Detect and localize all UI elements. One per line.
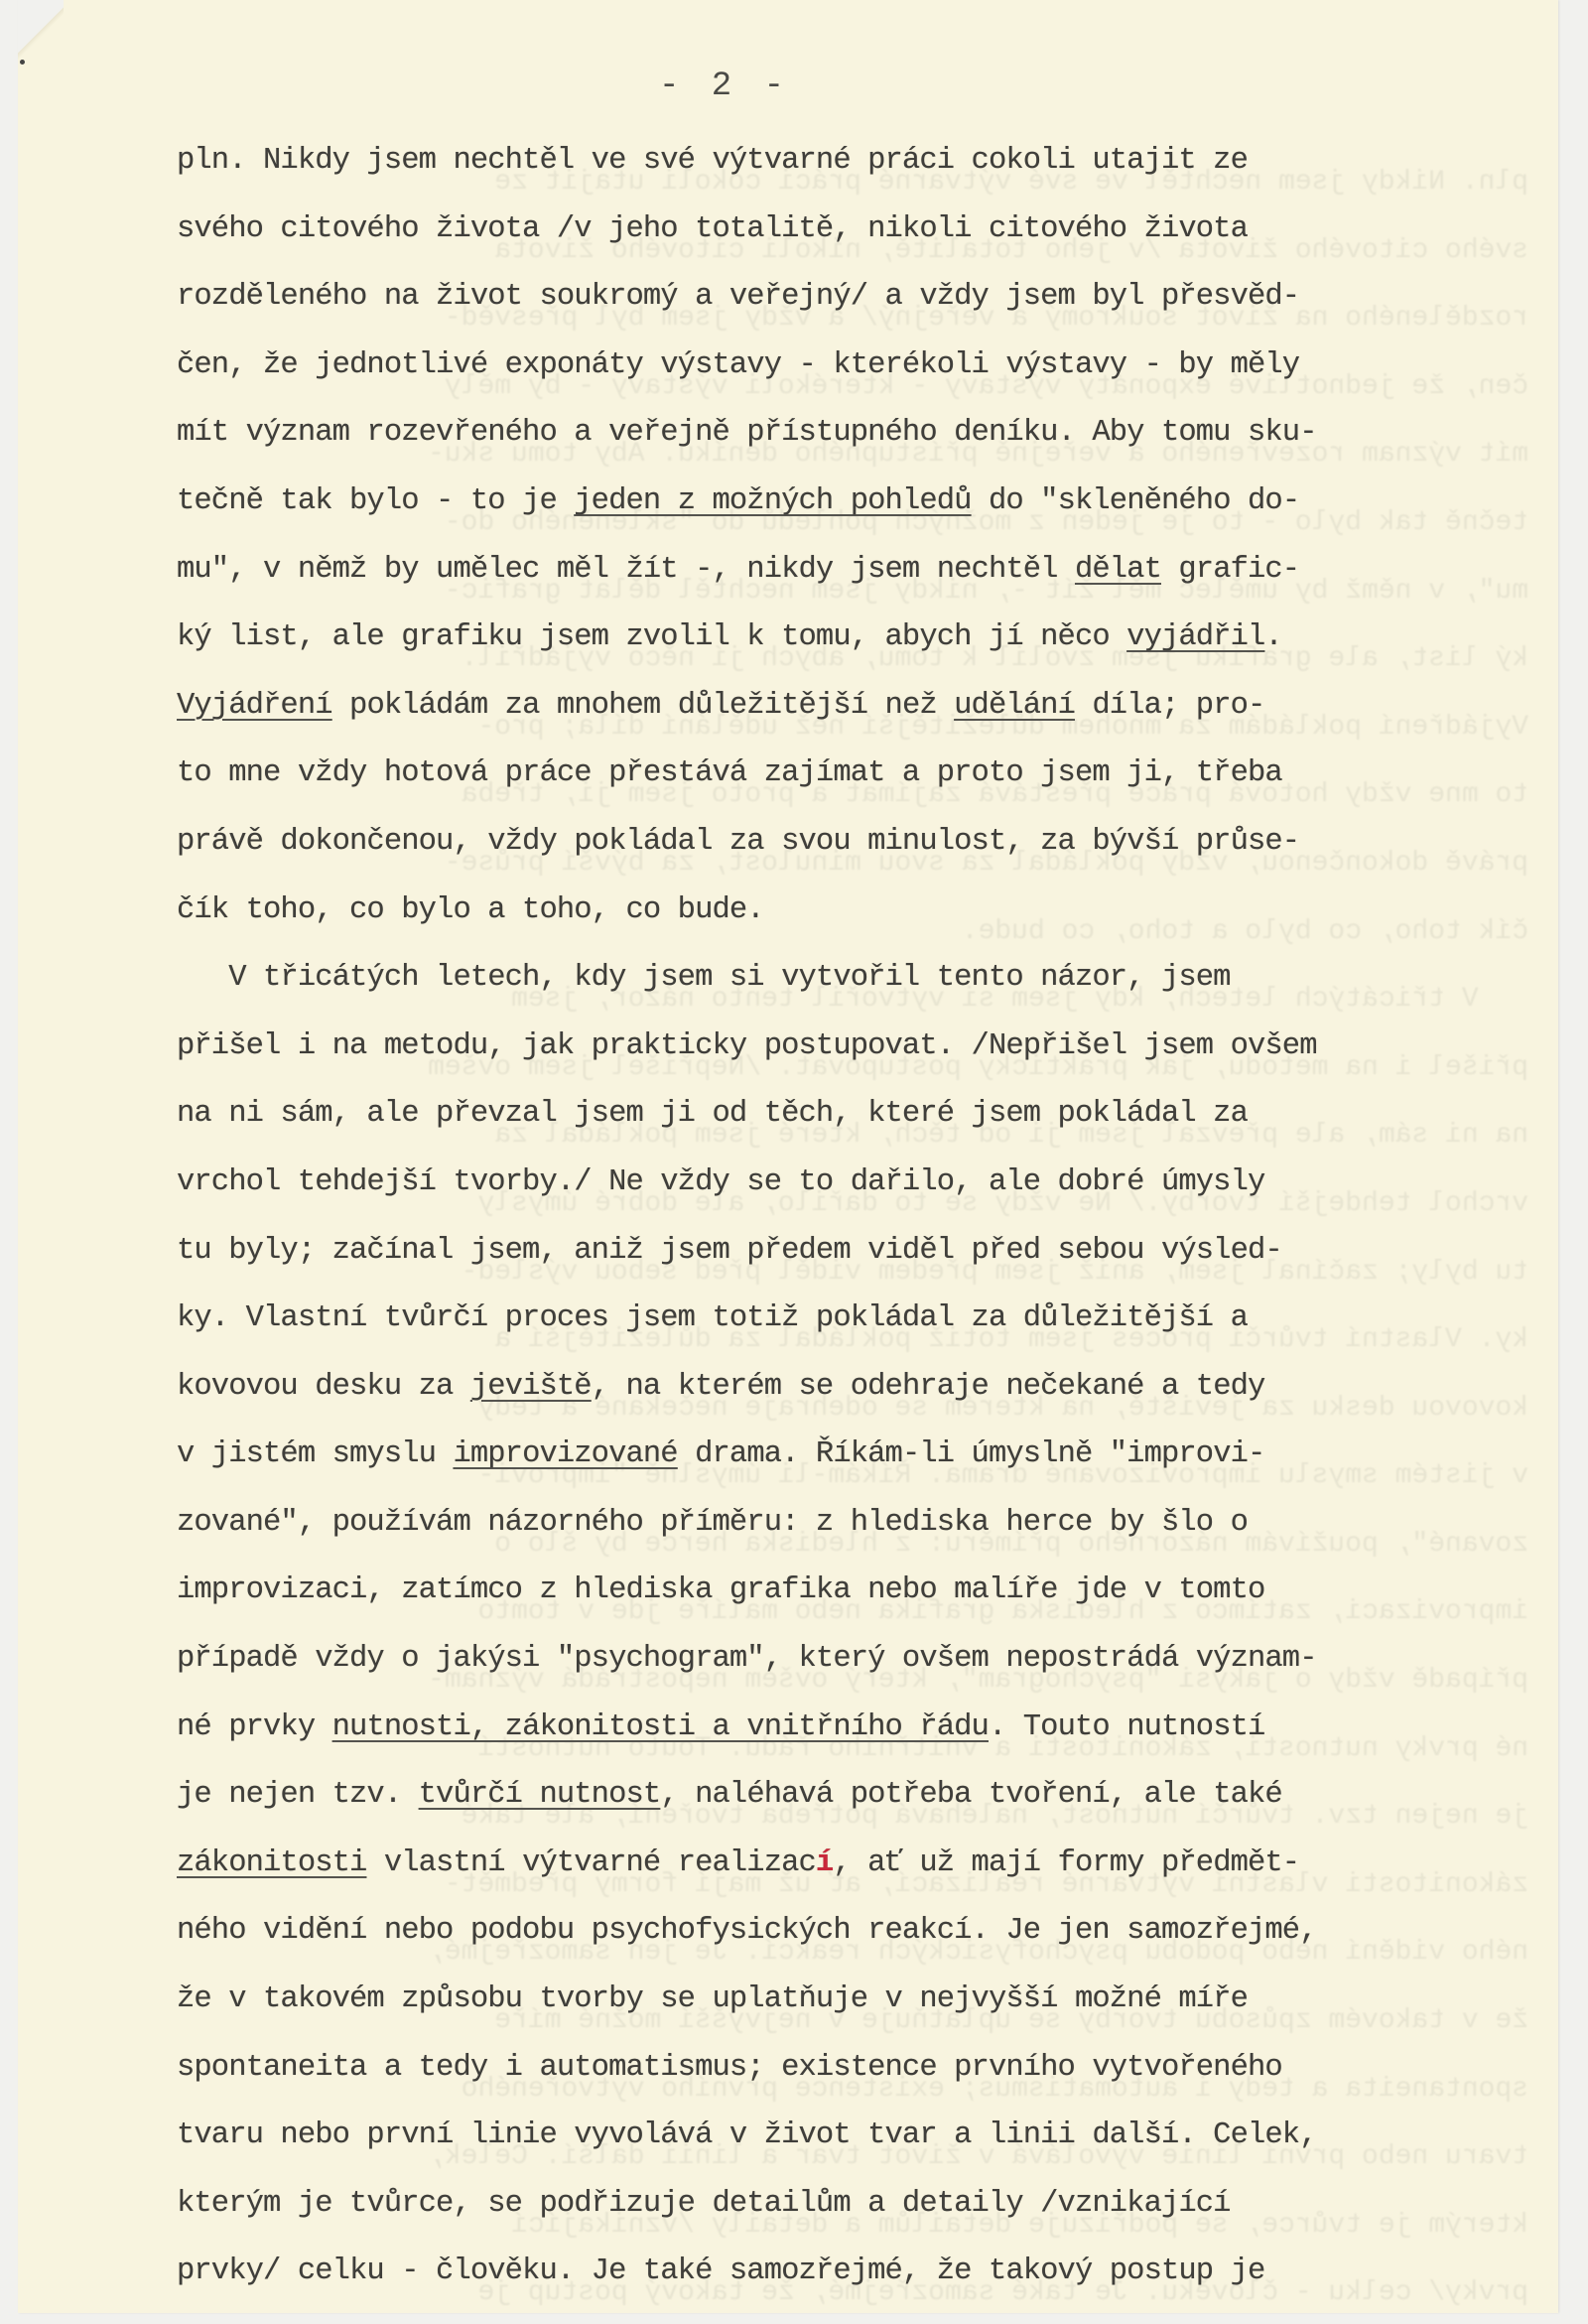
- text-segment: vlastní výtvarné realizac: [366, 1846, 815, 1880]
- red-correction-mark: í: [816, 1846, 833, 1880]
- text-line: že v takovém způsobu tvorby se uplatňuje…: [177, 1966, 1566, 2034]
- text-segment: v jistém smyslu: [177, 1437, 453, 1471]
- text-line: případě vždy o jakýsi "psychogram", kter…: [177, 1625, 1566, 1694]
- text-line: pln. Nikdy jsem nechtěl ve své výtvarné …: [177, 127, 1566, 196]
- text-line: vrchol tehdejší tvorby./ Ne vždy se to d…: [177, 1149, 1566, 1217]
- underlined-phrase: vyjádřil: [1126, 620, 1264, 654]
- underlined-phrase: jeden z možných pohledů: [574, 484, 971, 518]
- text-segment: ký list, ale grafiku jsem zvolil k tomu,…: [177, 620, 1126, 654]
- text-segment: né prvky: [177, 1710, 332, 1744]
- underlined-phrase: improvizované: [453, 1437, 677, 1471]
- text-segment: , naléhavá potřeba tvoření, ale také: [660, 1778, 1282, 1812]
- text-segment: do "skleněného do-: [972, 484, 1300, 518]
- underlined-phrase: jeviště: [470, 1370, 592, 1404]
- text-line: spontaneita a tedy i automatismus; exist…: [177, 2034, 1566, 2103]
- text-line: improvizaci, zatímco z hlediska grafika …: [177, 1557, 1566, 1625]
- text-segment: kterým je tvůrce, se podřizuje detailům …: [177, 2187, 1231, 2221]
- text-line: svého citového života /v jeho totalitě, …: [177, 196, 1566, 264]
- text-segment: případě vždy o jakýsi "psychogram", kter…: [177, 1642, 1317, 1676]
- text-line: tu byly; začínal jsem, aniž jsem předem …: [177, 1217, 1566, 1286]
- text-segment: tvaru nebo první linie vyvolává v život …: [177, 2119, 1317, 2152]
- text-line: kovovou desku za jeviště, na kterém se o…: [177, 1353, 1566, 1422]
- text-segment: tu byly; začínal jsem, aniž jsem předem …: [177, 1234, 1282, 1268]
- text-line: v jistém smyslu improvizované drama. Řík…: [177, 1421, 1566, 1489]
- text-segment: rozděleného na život soukromý a veřejný/…: [177, 280, 1299, 314]
- text-line: přišel i na metodu, jak prakticky postup…: [177, 1013, 1566, 1081]
- underlined-phrase: dělat: [1075, 553, 1161, 587]
- text-line: né prvky nutnosti, zákonitosti a vnitřní…: [177, 1694, 1566, 1762]
- underlined-phrase: nutnosti, zákonitosti a vnitřního řádu: [332, 1710, 989, 1744]
- text-segment: grafic-: [1161, 553, 1299, 587]
- text-line: ného vidění nebo podobu psychofysických …: [177, 1897, 1566, 1966]
- folded-corner: [18, 0, 64, 62]
- text-segment: vrchol tehdejší tvorby./ Ne vždy se to d…: [177, 1165, 1264, 1199]
- text-line: je nejen tzv. tvůrčí nutnost, naléhavá p…: [177, 1761, 1566, 1830]
- text-segment: . Touto nutností: [989, 1710, 1264, 1744]
- text-segment: to mne vždy hotová práce přestává zajíma…: [177, 756, 1282, 790]
- text-line: na ni sám, ale převzal jsem ji od těch, …: [177, 1080, 1566, 1149]
- margin-ink-dot: [20, 60, 25, 65]
- text-line: rozděleného na život soukromý a veřejný/…: [177, 263, 1566, 332]
- text-line: tečně tak bylo - to je jeden z možných p…: [177, 468, 1566, 536]
- text-segment: čen, že jednotlivé exponáty výstavy - kt…: [177, 348, 1299, 382]
- text-line: kterým je tvůrce, se podřizuje detailům …: [177, 2170, 1566, 2239]
- underlined-phrase: zákonitosti: [177, 1846, 366, 1880]
- text-segment: ky. Vlastní tvůrčí proces jsem totiž pok…: [177, 1301, 1248, 1335]
- text-segment: díla; pro-: [1075, 689, 1264, 723]
- text-segment: pln. Nikdy jsem nechtěl ve své výtvarné …: [177, 144, 1248, 178]
- underlined-phrase: udělání: [954, 689, 1075, 723]
- text-line: V třicátých letech, kdy jsem si vytvořil…: [177, 944, 1566, 1013]
- text-line: zované", používám názorného příměru: z h…: [177, 1489, 1566, 1558]
- text-segment: na ni sám, ale převzal jsem ji od těch, …: [177, 1097, 1248, 1131]
- text-segment: tečně tak bylo - to je: [177, 484, 574, 518]
- text-line: tvaru nebo první linie vyvolává v život …: [177, 2102, 1566, 2170]
- text-segment: , na kterém se odehraje nečekané a tedy: [592, 1370, 1265, 1404]
- text-line: mu", v němž by umělec měl žít -, nikdy j…: [177, 536, 1566, 605]
- text-segment: právě dokončenou, vždy pokládal za svou …: [177, 825, 1299, 859]
- typewritten-body: pln. Nikdy jsem nechtěl ve své výtvarné …: [177, 127, 1566, 2306]
- text-segment: , ať už mají formy předmět-: [833, 1846, 1299, 1880]
- text-line: to mne vždy hotová práce přestává zajíma…: [177, 740, 1566, 808]
- text-segment: V třicátých letech, kdy jsem si vytvořil…: [177, 961, 1231, 995]
- text-segment: čík toho, co bylo a toho, co bude.: [177, 893, 764, 927]
- text-segment: spontaneita a tedy i automatismus; exist…: [177, 2051, 1282, 2085]
- text-segment: zované", používám názorného příměru: z h…: [177, 1506, 1248, 1540]
- text-line: zákonitosti vlastní výtvarné realizací, …: [177, 1830, 1566, 1898]
- text-segment: .: [1264, 620, 1281, 654]
- text-segment: ného vidění nebo podobu psychofysických …: [177, 1914, 1317, 1948]
- text-line: právě dokončenou, vždy pokládal za svou …: [177, 808, 1566, 877]
- text-segment: kovovou desku za: [177, 1370, 470, 1404]
- text-line: mít význam rozevřeného a veřejně přístup…: [177, 399, 1566, 468]
- text-segment: pokládám za mnohem důležitější než: [332, 689, 955, 723]
- text-segment: je nejen tzv.: [177, 1778, 419, 1812]
- underlined-phrase: tvůrčí nutnost: [419, 1778, 661, 1812]
- page-number: - 2 -: [0, 68, 1449, 105]
- text-segment: prvky/ celku - člověku. Je také samozřej…: [177, 2255, 1264, 2288]
- text-segment: přišel i na metodu, jak prakticky postup…: [177, 1029, 1317, 1063]
- text-line: čen, že jednotlivé exponáty výstavy - kt…: [177, 332, 1566, 400]
- text-line: ký list, ale grafiku jsem zvolil k tomu,…: [177, 604, 1566, 672]
- underlined-phrase: Vyjádření: [177, 689, 332, 723]
- text-segment: mít význam rozevřeného a veřejně přístup…: [177, 416, 1317, 450]
- text-line: Vyjádření pokládám za mnohem důležitější…: [177, 672, 1566, 741]
- text-line: prvky/ celku - člověku. Je také samozřej…: [177, 2238, 1566, 2306]
- text-line: ky. Vlastní tvůrčí proces jsem totiž pok…: [177, 1285, 1566, 1353]
- text-line: čík toho, co bylo a toho, co bude.: [177, 877, 1566, 945]
- text-segment: že v takovém způsobu tvorby se uplatňuje…: [177, 1982, 1248, 2016]
- text-segment: mu", v němž by umělec měl žít -, nikdy j…: [177, 553, 1075, 587]
- text-segment: drama. Říkám-li úmyslně "improvi-: [678, 1437, 1265, 1471]
- text-segment: svého citového života /v jeho totalitě, …: [177, 212, 1248, 246]
- text-segment: improvizaci, zatímco z hlediska grafika …: [177, 1573, 1264, 1607]
